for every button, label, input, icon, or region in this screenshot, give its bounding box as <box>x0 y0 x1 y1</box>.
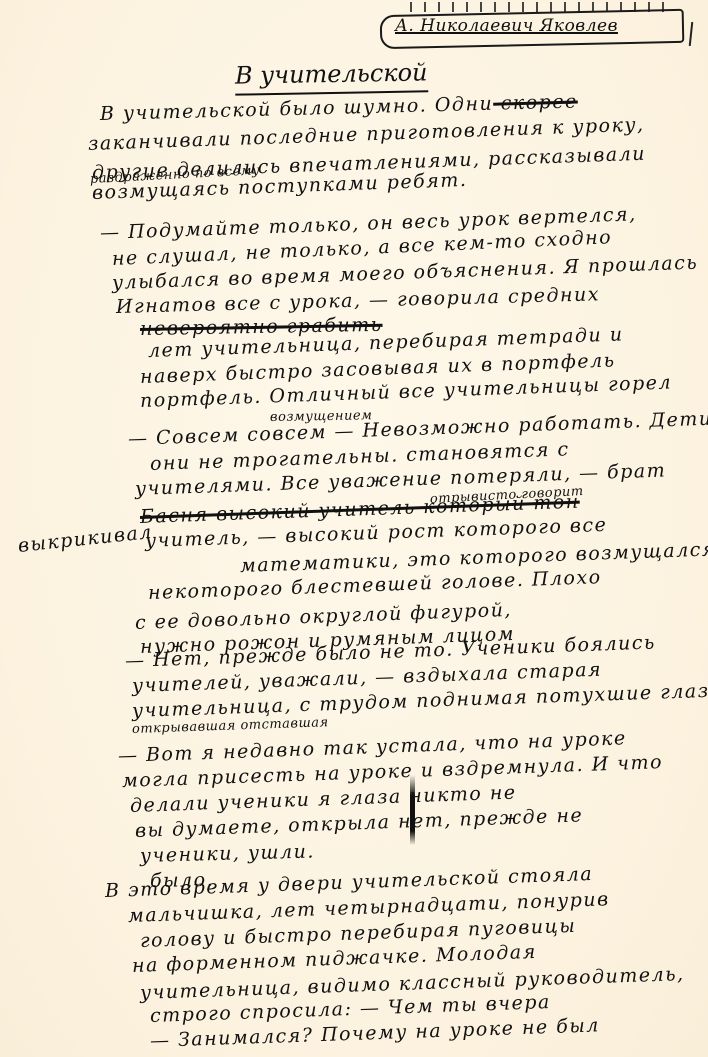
author-label: А. Николаевич Яковлев <box>395 16 618 36</box>
ink-blot <box>410 775 415 845</box>
page-title: В учительской <box>235 58 428 95</box>
struck-word: скорее <box>493 90 578 114</box>
manuscript-line: ученики, ушли. <box>140 840 315 867</box>
